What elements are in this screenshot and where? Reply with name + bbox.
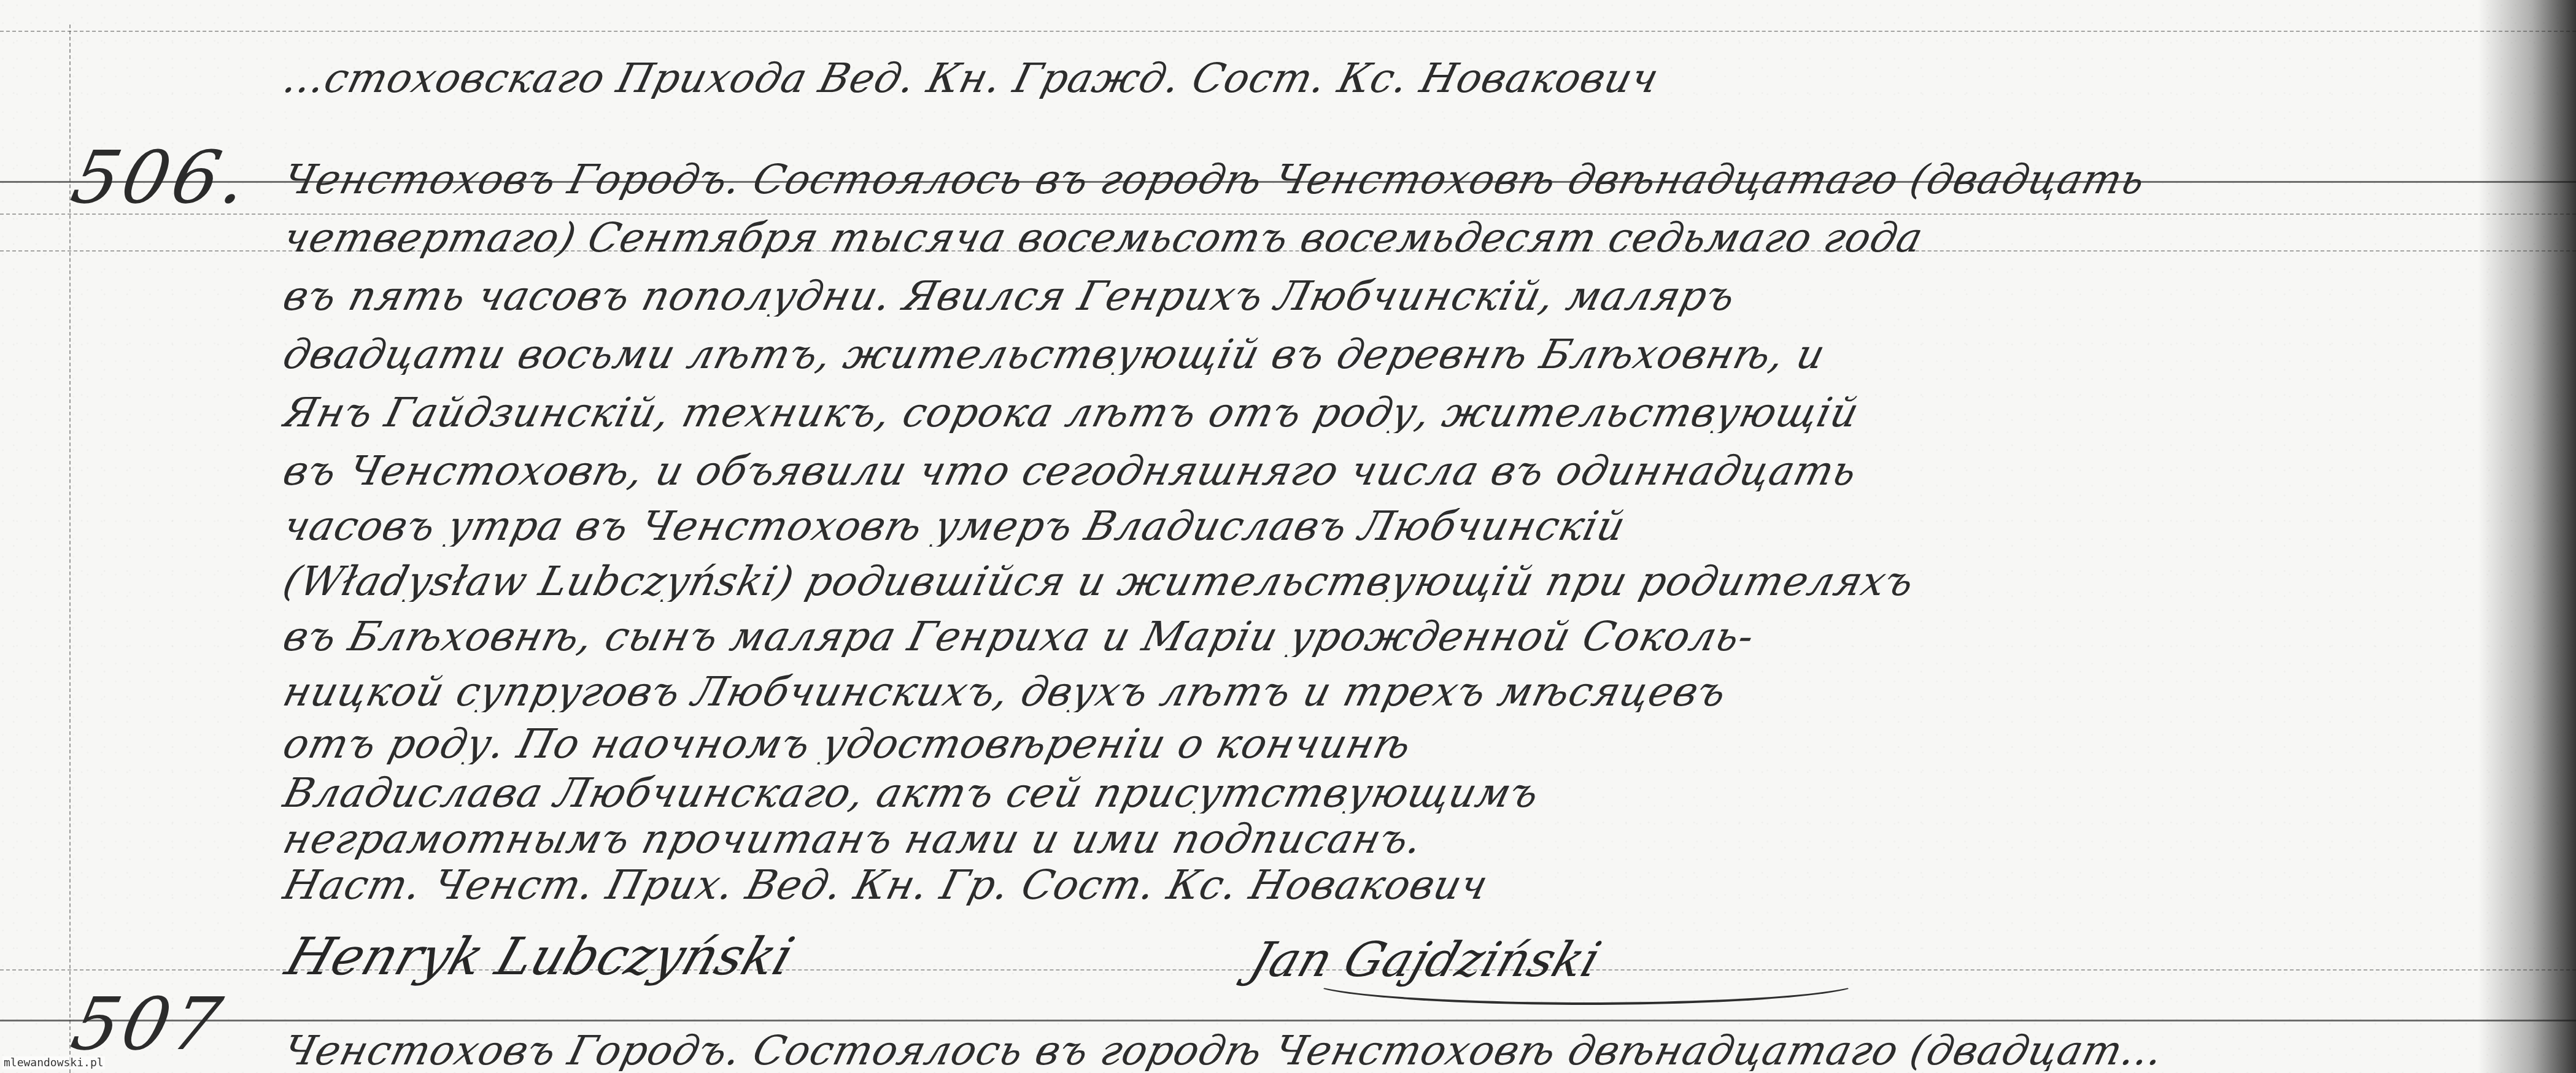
watermark: mlewandowski.pl: [2, 1056, 105, 1069]
text-line: въ Ченстоховѣ, и объявили что сегодняшня…: [279, 451, 2549, 491]
text-line: двадцати восьми лѣтъ, жительствующій въ …: [279, 334, 2549, 375]
text-line: Ченстоховъ Городъ. Состоялось въ городѣ …: [279, 160, 2549, 200]
entry-number-507: 507: [64, 982, 232, 1066]
text-line: четвертаго) Сентября тысяча восемьсотъ в…: [279, 218, 2549, 258]
text-line: часовъ утра въ Ченстоховѣ умеръ Владисла…: [279, 506, 2549, 547]
signature-flourish: [1307, 957, 1865, 1005]
register-page: …стоховскаго Прихода Вед. Кн. Гражд. Сос…: [0, 0, 2576, 1073]
official-signature-line: Наст. Ченст. Прих. Вед. Кн. Гр. Сост. Кс…: [279, 865, 2549, 906]
text-line: въ пять часовъ пополудни. Явился Генрихъ…: [279, 276, 2549, 317]
ruling-line: [0, 213, 2576, 215]
text-line: Янъ Гайдзинскій, техникъ, сорока лѣтъ от…: [279, 393, 2549, 433]
text-line: Владислава Любчинскаго, актъ сей присутс…: [279, 773, 2549, 813]
text-line-previous-entry: …стоховскаго Прихода Вед. Кн. Гражд. Сос…: [279, 58, 2549, 99]
text-line: ницкой супруговъ Любчинскихъ, двухъ лѣтъ…: [279, 672, 2549, 712]
text-line: (Władysław Lubczyński) родившійся и жите…: [279, 561, 2549, 602]
text-line: въ Блѣховнѣ, сынъ маляра Генриха и Маріи…: [279, 617, 2549, 657]
text-line: неграмотнымъ прочитанъ нами и ими подпис…: [279, 819, 2549, 860]
ruling-line: [0, 31, 2576, 32]
binding-shadow: [2478, 0, 2576, 1073]
signature-henryk-lubczynski: Henryk Lubczyński: [279, 926, 801, 986]
entry-number-506: 506.: [64, 135, 258, 220]
text-line: Ченстоховъ Городъ. Состоялось въ городѣ …: [279, 1031, 2549, 1071]
entry-separator: [0, 1020, 2576, 1021]
text-line: отъ роду. По наочномъ удостовѣреніи о ко…: [279, 724, 2549, 764]
